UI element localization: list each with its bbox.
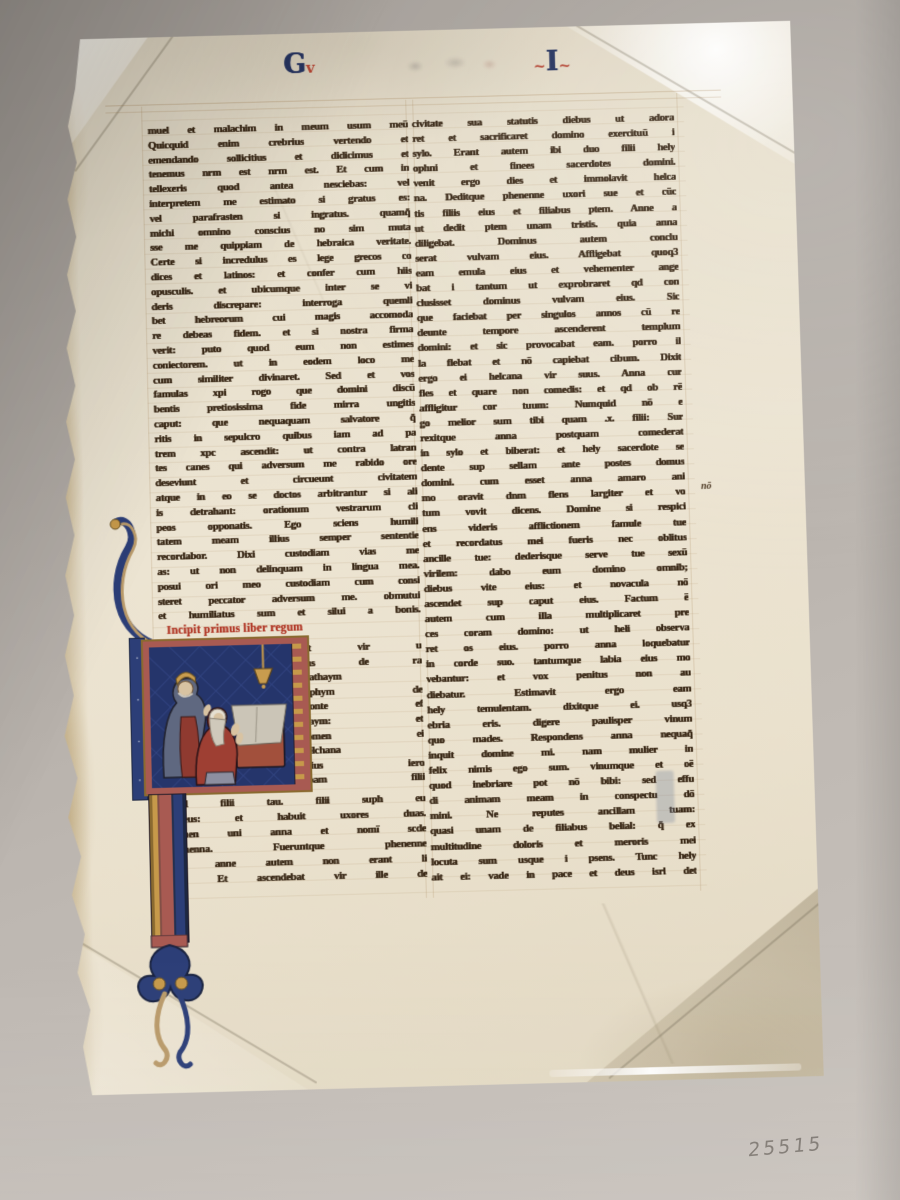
parchment-wrinkle [484, 899, 791, 1069]
mylar-fold-line [75, 939, 317, 1084]
miniature-scene-icon [149, 644, 305, 789]
offset-ghost-marks [392, 50, 507, 79]
text-column-left-below-initial: eliud filii tau. filii suph eufrateus: e… [166, 791, 427, 889]
mylar-corner-bottom-right [577, 889, 824, 1083]
running-title: Gv ~I~ [45, 33, 792, 94]
margin-note: nō [701, 481, 712, 492]
text-column-right: civitate sua statutis diebus ut adoraret… [412, 111, 697, 886]
mylar-edge-glint [45, 79, 58, 208]
text-column-left-beside-initial: uit vir unus de ramathaymsophym demonte … [299, 638, 425, 788]
text-column-left: muel et malachim in meum usum meūQuicqui… [147, 117, 420, 624]
running-title-letter-g: G [283, 49, 307, 80]
initial-letter: F [44, 40, 45, 41]
miniature-panel [143, 637, 311, 794]
pencil-shelfmark: 25515 [747, 1133, 824, 1162]
descender-finial-icon [125, 933, 241, 1074]
running-title-letter-i: I [545, 47, 558, 78]
initial-right-bar [291, 644, 304, 785]
running-title-left: Gv [283, 49, 315, 80]
ruling-top-lines [105, 90, 721, 114]
running-title-flourish: ~ [533, 57, 546, 75]
photo-background: Gv ~I~ muel et malachim in meum usum meū… [0, 0, 900, 1200]
mylar-corner-bottom-left [63, 927, 308, 1095]
running-title-right: ~I~ [533, 46, 571, 77]
mylar-bottom-glint [549, 1063, 801, 1077]
manuscript-leaf: Gv ~I~ muel et malachim in meum usum meū… [44, 21, 823, 1096]
mylar-fold-line [608, 890, 835, 1080]
initial-descender [148, 793, 189, 943]
deckle-edge [44, 39, 96, 1096]
running-title-flourish: v [306, 59, 315, 77]
text-line: boam filii [302, 770, 425, 788]
running-title-flourish: ~ [558, 56, 571, 74]
